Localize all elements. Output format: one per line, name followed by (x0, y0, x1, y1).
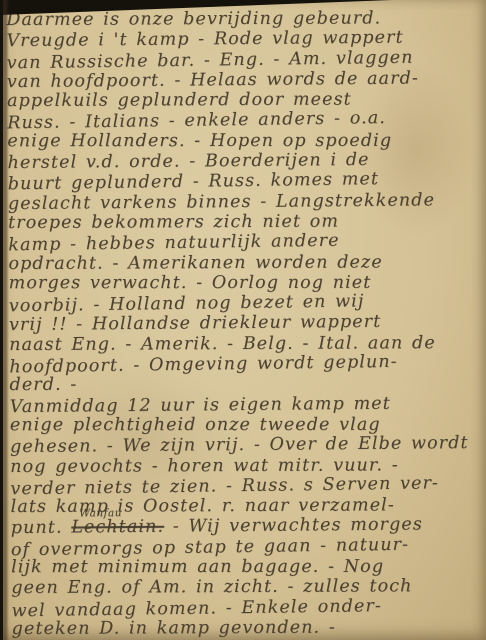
handwriting-line: Vanmiddag 12 uur is eigen kamp met (10, 393, 485, 417)
crossed-out-word-wrap: Lechtain.Wanfau (71, 517, 164, 538)
correction-post-text: - Wij verwachtes morges (164, 515, 423, 537)
handwriting-line: enige Hollanders. - Hopen op spoedig (7, 131, 482, 152)
handwriting-line: geteken D. in kamp gevonden. - (12, 617, 486, 639)
handwriting-line: lijk met minimum aan bagage. - Nog (11, 557, 486, 578)
correction-pre-text: punt. (11, 518, 72, 539)
photo-left-edge (0, 0, 9, 640)
handwriting-line: enige plechtigheid onze tweede vlag (10, 415, 485, 436)
inserted-correction-word: Wanfau (79, 509, 122, 519)
diary-page-photo: Daarmee is onze bevrijding gebeurd. Vreu… (0, 0, 486, 640)
crossed-out-word: Lechtain. (71, 517, 164, 538)
handwriting-line: derd. - (9, 373, 484, 395)
handwritten-text-block: Daarmee is onze bevrijding gebeurd. Vreu… (6, 7, 486, 640)
handwriting-line: opdracht. - Amerikanen worden deze (8, 252, 483, 274)
handwriting-line: gehesen. - We zijn vrij. - Over de Elbe … (10, 433, 485, 457)
